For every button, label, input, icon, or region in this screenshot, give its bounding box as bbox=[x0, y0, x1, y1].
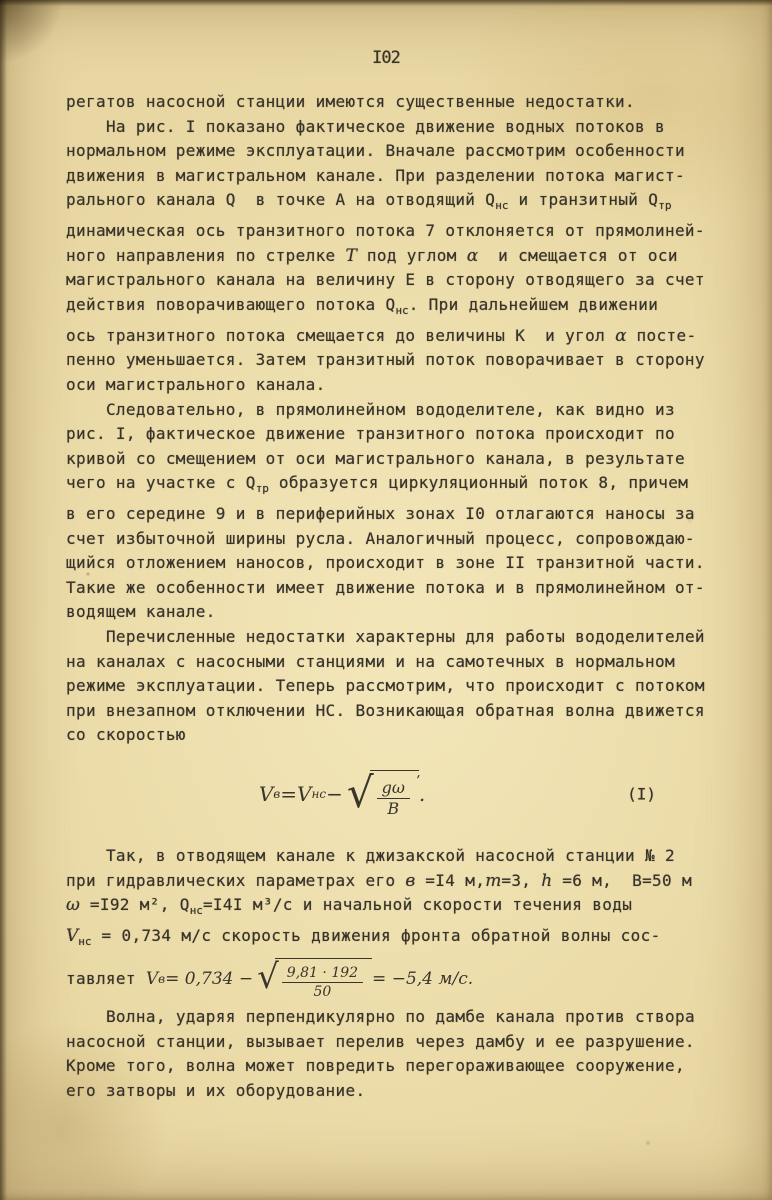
fraction: gωB bbox=[377, 779, 410, 819]
text-line: Кроме того, волна может повредить перего… bbox=[66, 1054, 718, 1079]
inline-fraction: 9,81 · 19250 bbox=[282, 965, 363, 1000]
text-line: водящем канале. bbox=[66, 600, 718, 625]
inline-radical-sign: √ bbox=[257, 963, 279, 992]
square-root: √gωBʹ bbox=[347, 770, 419, 819]
text-line: движения в магистральном канале. При раз… bbox=[66, 164, 718, 189]
text-line: Vнс = 0,734 м/с скорость движения фронта… bbox=[66, 924, 718, 955]
text-line: чего на участке с Qтр образуется циркуля… bbox=[66, 471, 718, 502]
text-line: со скоростью bbox=[66, 723, 718, 748]
inline-calculation-line: тавляет Vв = 0,734 − √9,81 · 19250 = −5,… bbox=[66, 958, 718, 1000]
page-number: I02 bbox=[0, 48, 772, 68]
inline-square-root: √9,81 · 19250 bbox=[257, 958, 372, 1000]
paragraph-shortcomings: Перечисленные недостатки характерны для … bbox=[66, 625, 718, 748]
inline-fraction-denominator: 50 bbox=[314, 983, 332, 1000]
inline-lhs: V bbox=[146, 969, 158, 989]
text-line: режиме эксплуатации. Теперь рассмотрим, … bbox=[66, 674, 718, 699]
text-line: оси магистрального канала. bbox=[66, 373, 718, 398]
document-page: I02 регатов насосной станции имеются сущ… bbox=[0, 0, 772, 1200]
text-line: при гидравлических параметрах его в =I4 … bbox=[66, 869, 718, 894]
text-line: в его середине 9 и в периферийных зонах … bbox=[66, 502, 718, 527]
text-line: щийся отложением наносов, происходит в з… bbox=[66, 551, 718, 576]
inline-mid: = 0,734 − bbox=[165, 969, 253, 989]
text-line: на каналах с насосными станциями и на са… bbox=[66, 650, 718, 675]
text-line: Волна, ударяя перпендикулярно по дамбе к… bbox=[66, 1005, 718, 1030]
text-line: ось транзитного потока смещается до вели… bbox=[66, 324, 718, 349]
text-line: Перечисленные недостатки характерны для … bbox=[66, 625, 718, 650]
inline-result: = −5,4 м/с. bbox=[372, 969, 473, 989]
text-line: ω =I92 м², Qнс=I4I м³/с и начальной скор… bbox=[66, 893, 718, 924]
inline-formula-expression: Vв = 0,734 − √9,81 · 19250 = −5,4 м/с. bbox=[146, 958, 473, 1000]
formula-lhs: V bbox=[259, 782, 273, 806]
text-line: Следовательно, в прямолинейном вододелит… bbox=[66, 398, 718, 423]
formula-punctuation: . bbox=[419, 782, 425, 806]
text-line: ного направления по стрелке T под углом … bbox=[66, 244, 718, 269]
text-line: пенно уменьшается. Затем транзитный пото… bbox=[66, 348, 718, 373]
formula-minus: − bbox=[326, 782, 343, 806]
paragraph-transit-flow: Следовательно, в прямолинейном вододелит… bbox=[66, 398, 718, 626]
text-line: регатов насосной станции имеются существ… bbox=[66, 90, 718, 115]
text-line: счет избыточной ширины русла. Аналогичны… bbox=[66, 527, 718, 552]
text-line: кривой со смещением от оси магистральног… bbox=[66, 447, 718, 472]
formula-equals: = bbox=[280, 782, 297, 806]
paragraph-example-calculation: Так, в отводящем канале к джизакской нас… bbox=[66, 844, 718, 955]
inline-fraction-numerator: 9,81 · 192 bbox=[282, 965, 363, 983]
text-line: действия поворачивающего потока Qнс. При… bbox=[66, 293, 718, 324]
formula-rhs: V bbox=[297, 782, 311, 806]
fraction-denominator: B bbox=[387, 799, 399, 818]
text-line: рального канала Q в точке А на отводящий… bbox=[66, 188, 718, 219]
formula-lhs-subscript: в bbox=[273, 787, 280, 801]
paragraph-wave-damage: Волна, ударяя перпендикулярно по дамбе к… bbox=[66, 1005, 718, 1103]
text-line: Такие же особенности имеет движение пото… bbox=[66, 576, 718, 601]
fraction-numerator: gω bbox=[377, 779, 410, 799]
text-line: Так, в отводящем канале к джизакской нас… bbox=[66, 844, 718, 869]
paragraph-continuation: регатов насосной станции имеются существ… bbox=[66, 90, 718, 115]
inline-lhs-subscript: в bbox=[158, 972, 165, 986]
wave-speed-formula: Vв = Vнс − √gωBʹ . (I) bbox=[66, 764, 718, 824]
text-line: нормальном режиме эксплуатации. Вначале … bbox=[66, 139, 718, 164]
inline-radicand: 9,81 · 19250 bbox=[275, 958, 372, 1000]
text-line: насосной станции, вызывает перелив через… bbox=[66, 1030, 718, 1055]
inline-formula-prefix: тавляет bbox=[66, 969, 136, 988]
text-line: На рис. I показано фактическое движение … bbox=[66, 115, 718, 140]
radical-sign: √ bbox=[347, 775, 374, 811]
radicand: gωB bbox=[370, 770, 419, 819]
text-line: магистрального канала на величину Е в ст… bbox=[66, 268, 718, 293]
formula-rhs-subscript: нс bbox=[311, 787, 326, 801]
equation-number: (I) bbox=[627, 785, 656, 804]
text-column: регатов насосной станции имеются существ… bbox=[66, 90, 718, 1103]
text-line: рис. I, фактическое движение транзитного… bbox=[66, 422, 718, 447]
text-line: динамическая ось транзитного потока 7 от… bbox=[66, 219, 718, 244]
text-line: его затворы и их оборудование. bbox=[66, 1079, 718, 1104]
text-line: при внезапном отключении НС. Возникающая… bbox=[66, 699, 718, 724]
paragraph-flow-description: На рис. I показано фактическое движение … bbox=[66, 115, 718, 398]
formula-expression: Vв = Vнс − √gωBʹ . bbox=[259, 770, 425, 819]
